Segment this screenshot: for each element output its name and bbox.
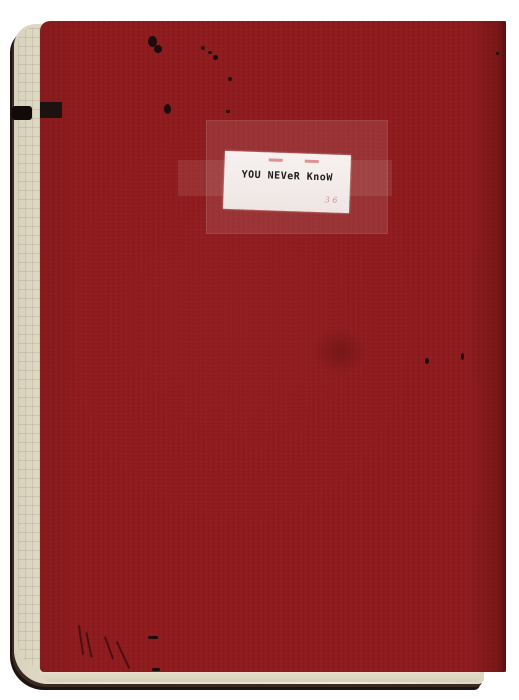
ink-blot <box>164 104 171 114</box>
label-handwritten-note: 3 6 <box>325 195 338 204</box>
ink-blot <box>228 77 232 81</box>
ink-blot <box>496 52 499 55</box>
cover-right-shadow <box>498 21 506 672</box>
ink-blot <box>213 55 218 60</box>
black-tape-tab-outer <box>12 106 32 120</box>
ink-blot <box>152 668 160 671</box>
ink-blot <box>148 636 158 639</box>
notebook-cover <box>40 21 506 672</box>
photo-stage: YOU NEVeR KnoW 3 6 <box>0 0 519 700</box>
ink-blot <box>154 45 162 53</box>
label-red-marks <box>269 158 319 163</box>
ink-blot <box>201 46 205 50</box>
label-title: YOU NEVeR KnoW <box>224 169 350 184</box>
ink-blot <box>461 353 464 360</box>
cover-label: YOU NEVeR KnoW 3 6 <box>223 151 351 213</box>
ink-blot <box>226 110 230 113</box>
ink-blot <box>425 358 429 364</box>
black-tape-tab <box>40 102 62 118</box>
ink-blot <box>208 51 212 54</box>
